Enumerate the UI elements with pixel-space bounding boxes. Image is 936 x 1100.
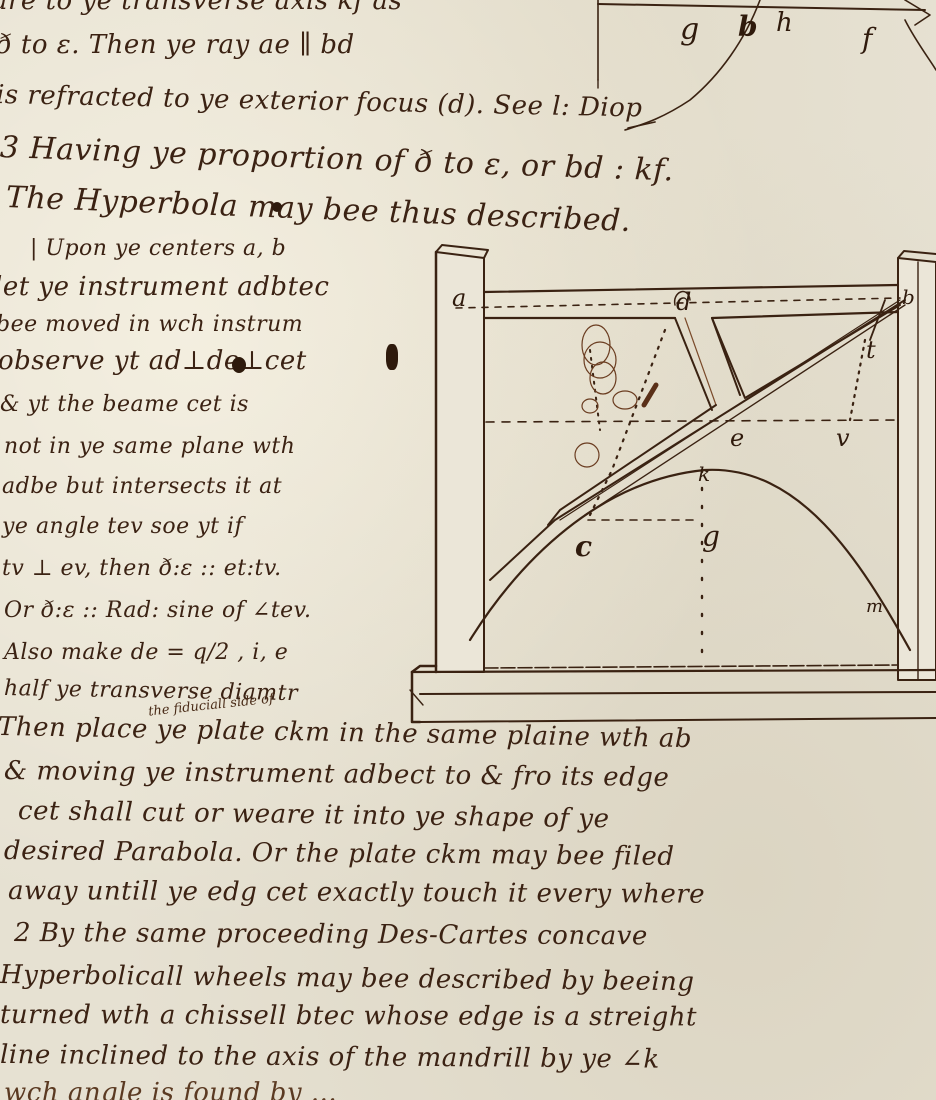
label-m: m (866, 596, 883, 617)
label-d: d (676, 288, 691, 316)
manuscript-page: a d b t v e k c g m g b h f are to ye tr… (0, 0, 936, 1100)
label-g: g (702, 520, 720, 553)
text-line: ye angle tev soe yt if (2, 514, 243, 539)
label-a: a (452, 284, 466, 312)
text-line: Also make de = q/2 , i, e (4, 640, 288, 665)
text-line: Or ð:ε :: Rad: sine of ∠tev. (4, 598, 312, 623)
text-line: adbe but intersects it at (2, 474, 282, 499)
label-b: b (902, 285, 915, 309)
label-top-b: b (738, 10, 758, 43)
label-t: t (866, 336, 876, 364)
label-top-g: g (680, 12, 699, 47)
ink-blot (386, 344, 398, 370)
label-top-h: h (776, 8, 793, 38)
text-line: turned wth a chissell btec whose edge is… (0, 1000, 697, 1032)
text-line: let ye instrument adbtec (0, 272, 329, 302)
label-c: c (575, 530, 592, 563)
label-k: k (698, 462, 710, 486)
text-line: wch angle is found by ... (4, 1078, 337, 1100)
label-e: e (730, 424, 744, 452)
label-top-f: f (862, 22, 872, 55)
ink-blot (272, 202, 282, 212)
text-line: away untill ye edg cet exactly touch it … (8, 876, 705, 910)
text-line: line inclined to the axis of the mandril… (0, 1040, 660, 1075)
text-line: & yt the beame cet is (0, 392, 249, 417)
text-line: are to ye transverse axis kf as (0, 0, 402, 16)
text-line: | Upon ye centers a, b (30, 236, 286, 261)
text-line: 2 By the same proceeding Des-Cartes conc… (14, 918, 648, 951)
text-line: bee moved in wch instrum (0, 312, 303, 337)
text-line: ð to ε. Then ye ray ae ∥ bd (0, 30, 355, 60)
text-line: observe yt ad⊥de⊥cet (0, 346, 307, 376)
label-v: v (836, 424, 850, 452)
text-line: tv ⊥ ev, then ð:ε :: et:tv. (2, 556, 282, 581)
text-line: desired Parabola. Or the plate ckm may b… (4, 836, 675, 872)
text-line: not in ye same plane wth (4, 434, 295, 459)
ink-blot (232, 357, 246, 373)
